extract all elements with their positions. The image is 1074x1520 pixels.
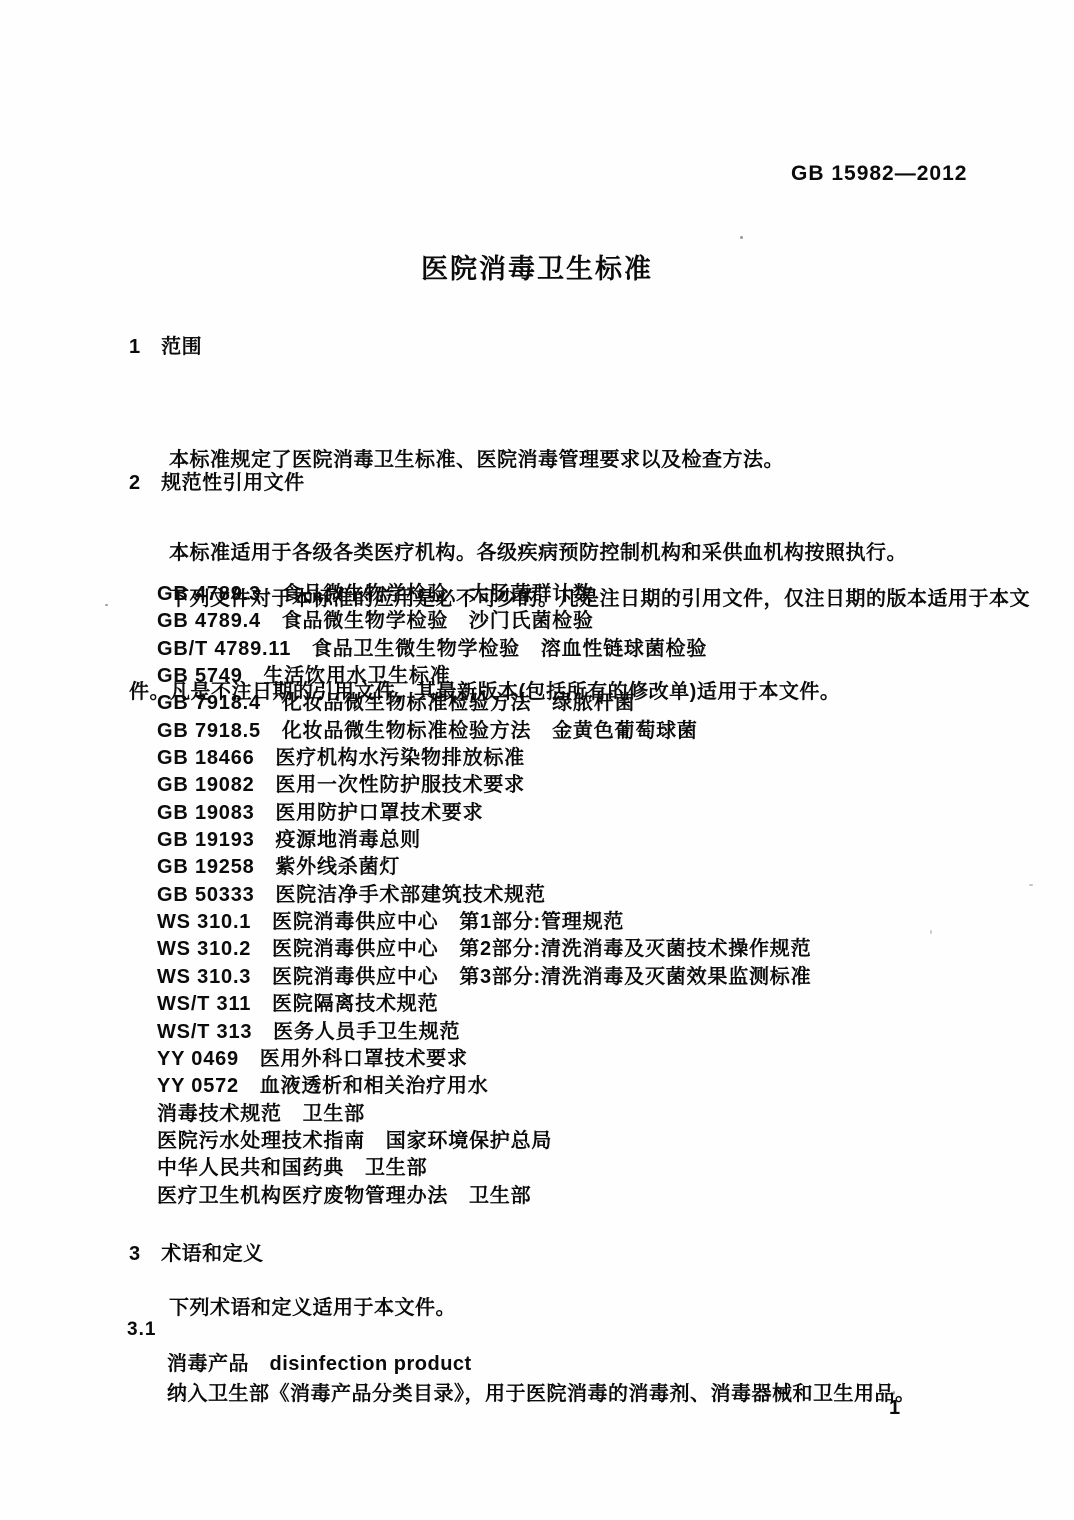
scan-speck (740, 236, 743, 239)
reference-item: 医院污水处理技术指南 国家环境保护总局 (157, 1128, 1014, 1155)
reference-item: WS/T 313 医务人员手卫生规范 (157, 1019, 1014, 1046)
document-page: GB 15982—2012 医院消毒卫生标准 1 范围 本标准规定了医院消毒卫生… (0, 0, 1074, 1520)
reference-item: GB 5749 生活饮用水卫生标准 (157, 663, 1014, 690)
section-3-intro: 下列术语和定义适用于本文件。 (129, 1291, 456, 1320)
reference-item: GB 4789.3 食品微生物学检验 大肠菌群计数 (157, 581, 1014, 608)
reference-item: GB 19258 紫外线杀菌灯 (157, 854, 1014, 881)
reference-item: 消毒技术规范 卫生部 (157, 1101, 1014, 1128)
reference-list: GB 4789.3 食品微生物学检验 大肠菌群计数 GB 4789.4 食品微生… (157, 581, 1014, 1210)
term-definition: 纳入卫生部《消毒产品分类目录》，用于医院消毒的消毒剂、消毒器械和卫生用品。 (167, 1377, 916, 1406)
reference-item: GB 19193 疫源地消毒总则 (157, 827, 1014, 854)
reference-item: 中华人民共和国药典 卫生部 (157, 1155, 1014, 1182)
reference-item: WS 310.1 医院消毒供应中心 第1部分:管理规范 (157, 909, 1014, 936)
scan-speck (893, 1391, 895, 1394)
reference-item: GB 18466 医疗机构水污染物排放标准 (157, 745, 1014, 772)
page-number: 1 (889, 1397, 900, 1420)
reference-item: GB 50333 医院洁净手术部建筑技术规范 (157, 882, 1014, 909)
scan-speck (930, 930, 932, 934)
section-3-heading: 3 术语和定义 (129, 1237, 264, 1266)
reference-item: GB/T 4789.11 食品卫生微生物学检验 溶血性链球菌检验 (157, 636, 1014, 663)
term-title: 消毒产品 disinfection product (167, 1347, 472, 1376)
section-2-heading: 2 规范性引用文件 (129, 466, 305, 495)
scan-speck (1029, 884, 1033, 886)
reference-item: GB 7918.4 化妆品微生物标准检验方法 绿脓杆菌 (157, 690, 1014, 717)
reference-item: GB 7918.5 化妆品微生物标准检验方法 金黄色葡萄球菌 (157, 718, 1014, 745)
section-1-heading: 1 范围 (129, 330, 202, 359)
reference-item: GB 19083 医用防护口罩技术要求 (157, 800, 1014, 827)
reference-item: 医疗卫生机构医疗废物管理办法 卫生部 (157, 1183, 1014, 1210)
standard-code: GB 15982—2012 (791, 162, 967, 186)
reference-item: WS 310.3 医院消毒供应中心 第3部分:清洗消毒及灭菌效果监测标准 (157, 964, 1014, 991)
clause-number: 3.1 (127, 1319, 156, 1341)
document-title: 医院消毒卫生标准 (0, 247, 1074, 286)
scan-speck (105, 604, 108, 606)
reference-item: GB 19082 医用一次性防护服技术要求 (157, 772, 1014, 799)
reference-item: YY 0469 医用外科口罩技术要求 (157, 1046, 1014, 1073)
reference-item: WS 310.2 医院消毒供应中心 第2部分:清洗消毒及灭菌技术操作规范 (157, 936, 1014, 963)
reference-item: YY 0572 血液透析和相关治疗用水 (157, 1073, 1014, 1100)
reference-item: WS/T 311 医院隔离技术规范 (157, 991, 1014, 1018)
reference-item: GB 4789.4 食品微生物学检验 沙门氏菌检验 (157, 608, 1014, 635)
